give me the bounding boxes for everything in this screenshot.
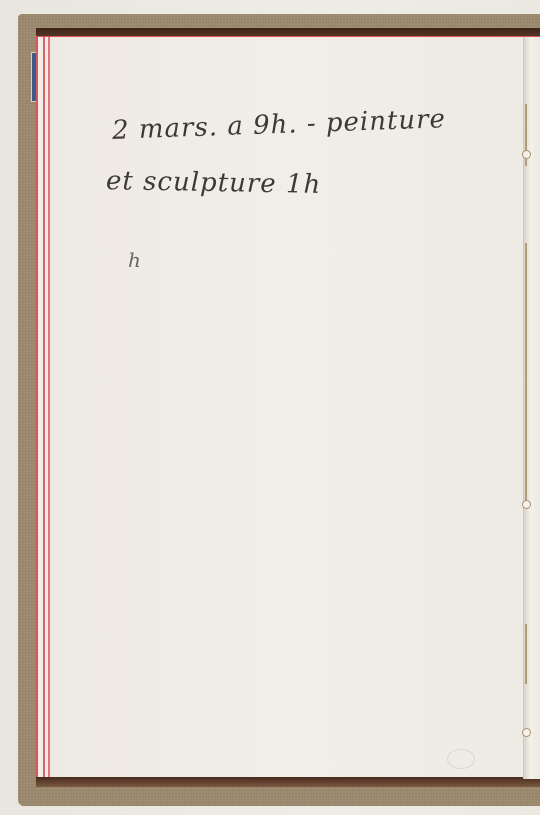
handwritten-stray-mark: h [128, 248, 142, 272]
handwritten-line-2: et sculpture 1h [106, 166, 322, 200]
notebook-page [50, 37, 523, 779]
binding-knot [522, 150, 531, 159]
binding-knot [522, 728, 531, 737]
cover-inner-shadow-bottom [36, 777, 540, 787]
binding-thread [525, 624, 527, 684]
binding-thread [525, 243, 527, 505]
library-stamp [447, 749, 475, 769]
binding-knot [522, 500, 531, 509]
